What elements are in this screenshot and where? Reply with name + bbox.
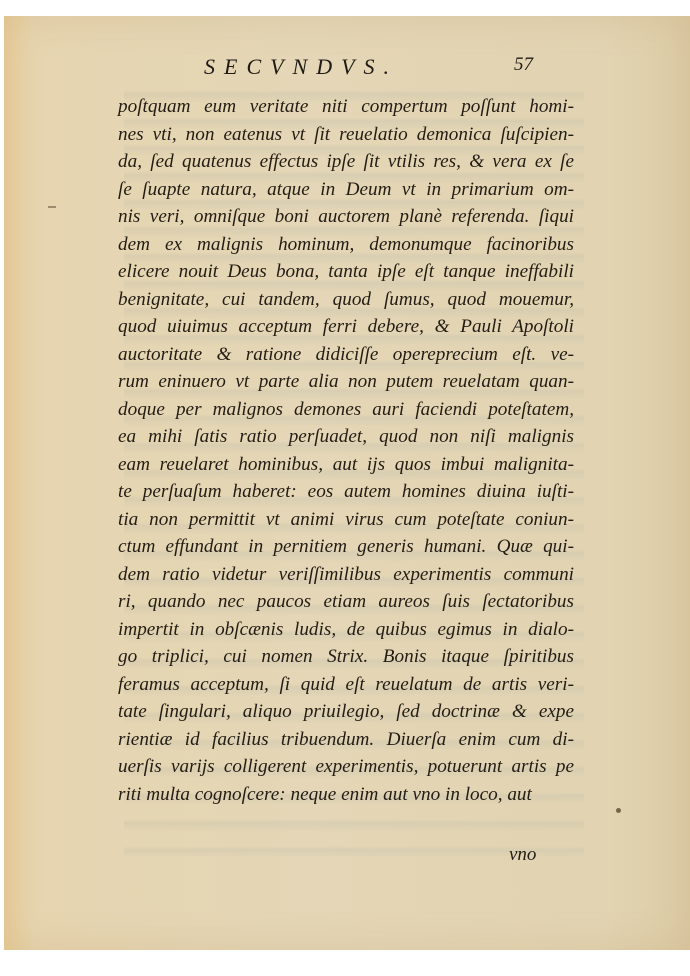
ink-spot [616,808,621,813]
text-line: te perſuaſum haberet: eos autem homines … [118,478,574,506]
text-line: tia non permittit vt animi virus cum pot… [118,506,574,534]
text-line: tate ſingulari, aliquo priuilegio, ſed d… [118,698,574,726]
text-line: feramus acceptum, ſi quid eſt reuelatum … [118,671,574,699]
text-line: eam reuelaret hominibus, aut ijs quos im… [118,451,574,479]
text-line: da, ſed quatenus effectus ipſe ſit vtili… [118,148,574,176]
text-line: elicere nouit Deus bona, tanta ipſe eſt … [118,258,574,286]
text-line: ctum effundant in pernitiem generis huma… [118,533,574,561]
text-line: nes vti, non eatenus vt ſit reuelatio de… [118,121,574,149]
catchword: vno [509,844,536,866]
page-number: 57 [514,54,533,76]
text-line: auctoritate & ratione didiciſſe operepre… [118,341,574,369]
text-line: dem ex malignis hominum, demonumque faci… [118,231,574,259]
text-line: ea mihi ſatis ratio perſuadet, quod non … [118,423,574,451]
text-line: benignitate, cui tandem, quod ſumus, quo… [118,286,574,314]
text-line: quod uiuimus acceptum ferri debere, & Pa… [118,313,574,341]
book-page: SECVNDVS. 57 poſtquam eum veritate niti … [4,16,690,950]
margin-mark [48,206,56,208]
text-line: impertit in obſcænis ludis, de quibus eg… [118,616,574,644]
text-line: go triplici, cui nomen Strix. Bonis itaq… [118,643,574,671]
text-line: nis veri, omniſque boni auctorem planè r… [118,203,574,231]
text-line: ſe ſuapte natura, atque in Deum vt in pr… [118,176,574,204]
text-line: ri, quando nec paucos etiam aureos ſuis … [118,588,574,616]
page-header: SECVNDVS. 57 [4,54,690,84]
body-text: poſtquam eum veritate niti compertum poſ… [118,93,578,808]
text-line: rientiæ id facilius tribuendum. Diuerſa … [118,726,574,754]
text-line: rum eninuero vt parte alia non putem reu… [118,368,574,396]
text-line: riti multa cognoſcere: neque enim aut vn… [118,781,574,809]
text-line: uerſis varijs colligerent experimentis, … [118,753,574,781]
text-line: dem ratio videtur veriſſimilibus experim… [118,561,574,589]
running-head: SECVNDVS. [204,54,398,80]
text-line: doque per malignos demones auri faciendi… [118,396,574,424]
text-line: poſtquam eum veritate niti compertum poſ… [118,93,574,121]
